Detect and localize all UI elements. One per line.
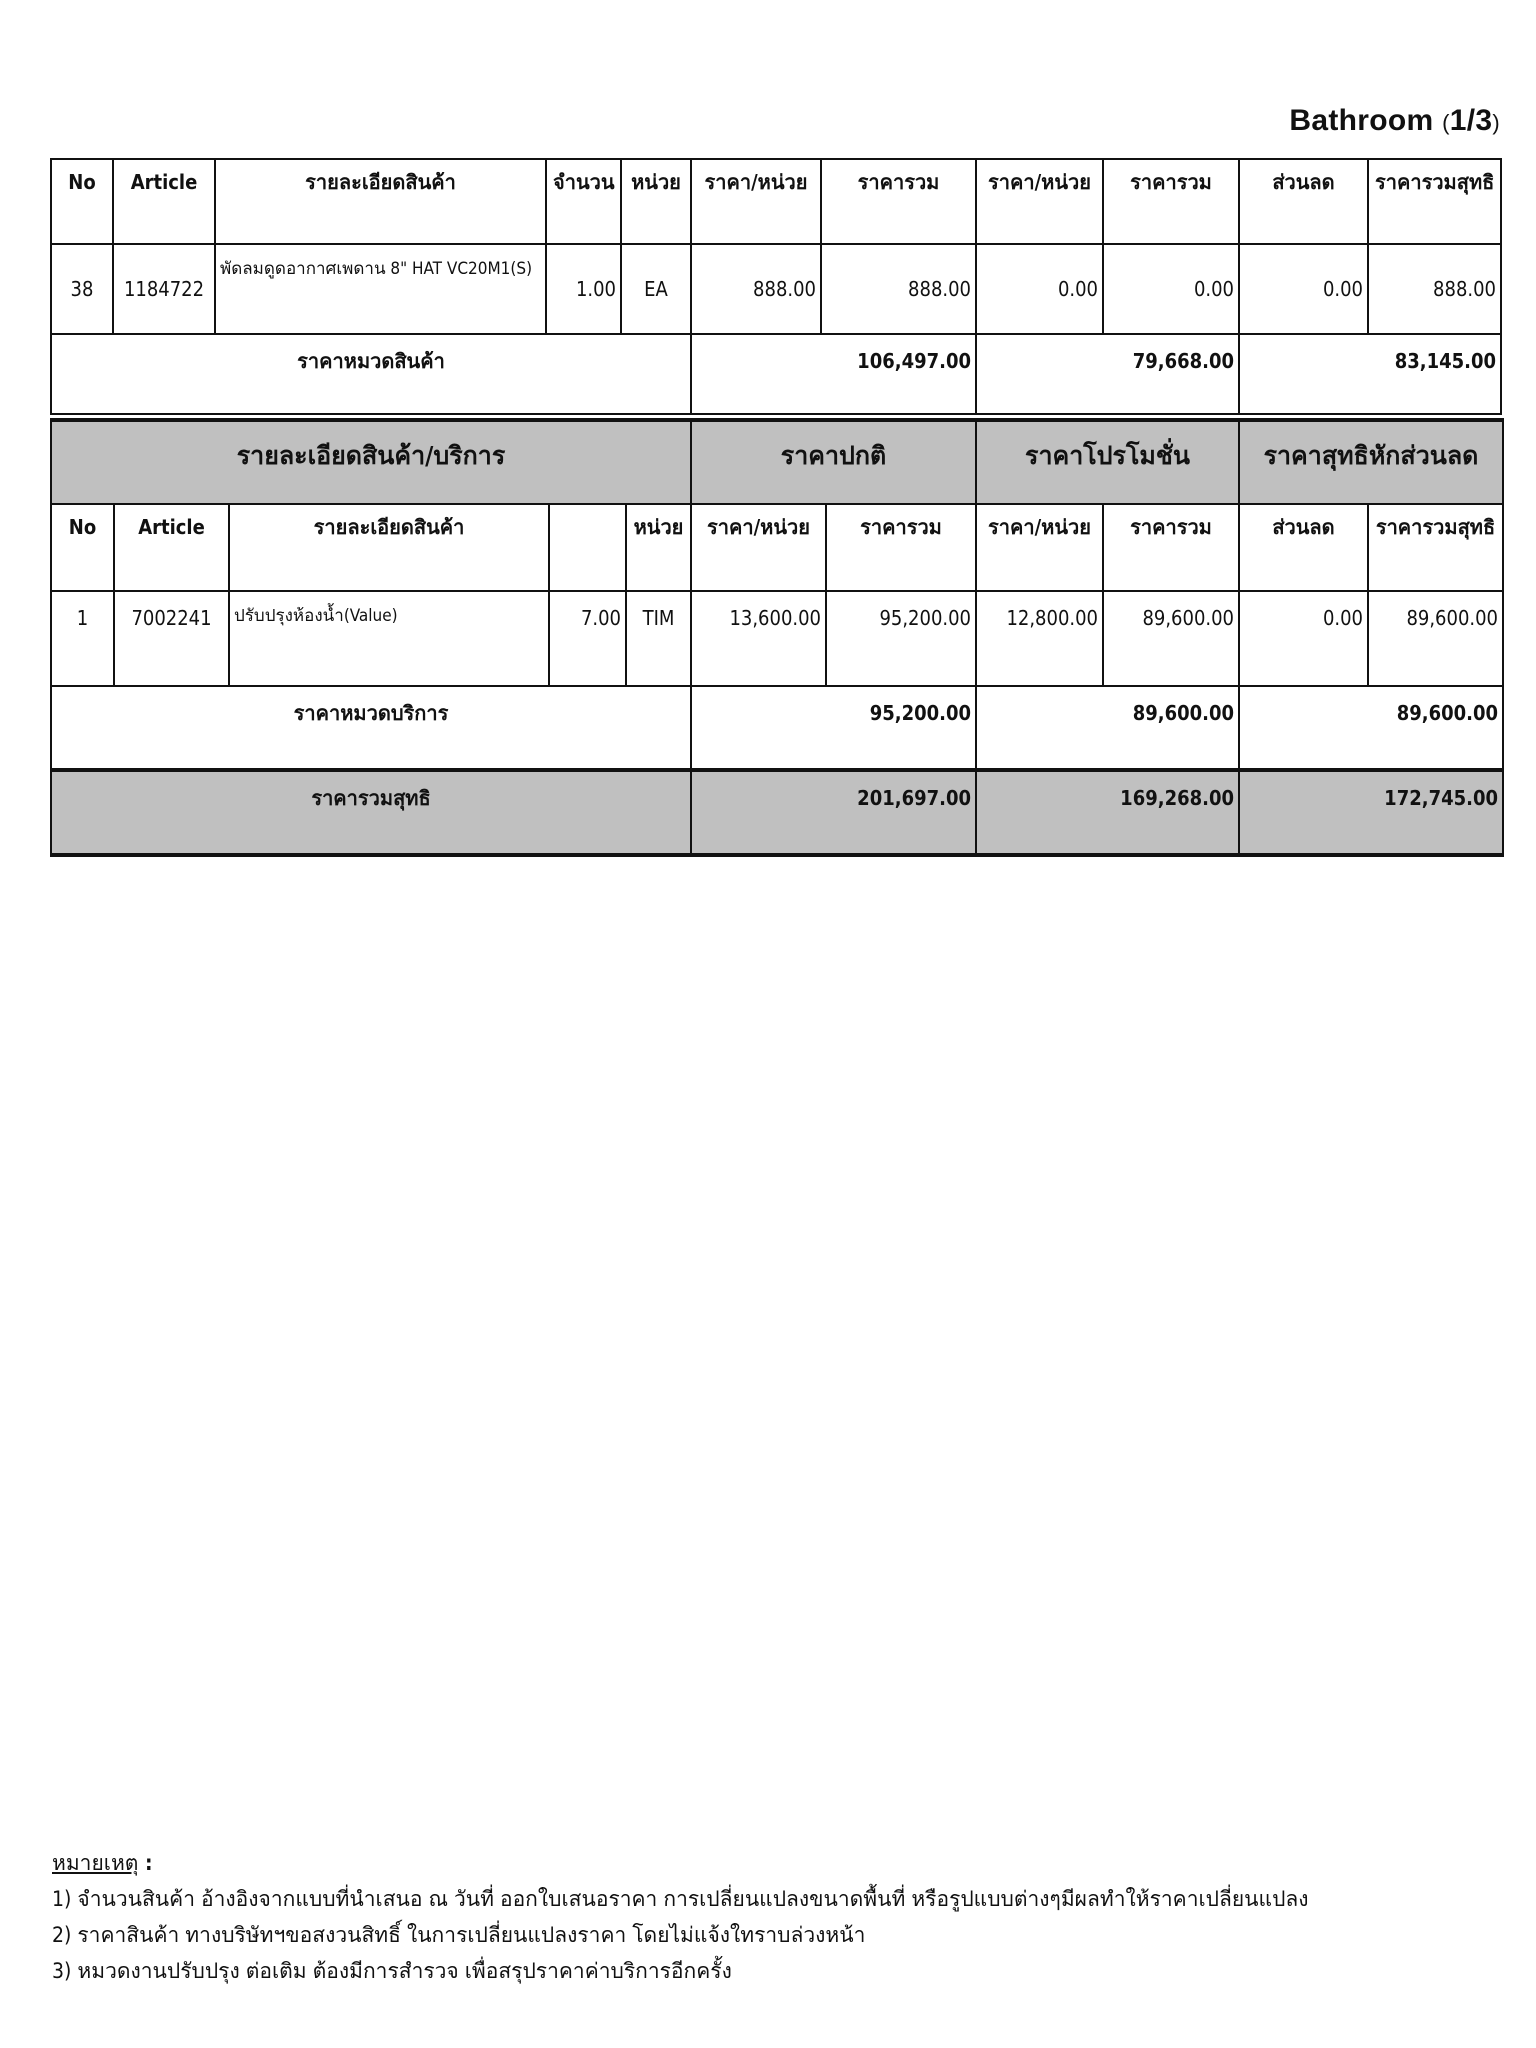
grand-total-label: ราคารวมสุทธิ	[50, 768, 692, 857]
column-header: ส่วนลด	[1238, 503, 1369, 592]
column-header: รายละเอียดสินค้า	[228, 503, 550, 592]
table-cell-unit: EA	[620, 243, 692, 335]
column-header: Article	[113, 503, 230, 592]
column-header: จำนวน	[545, 158, 622, 245]
note-item: 1) จำนวนสินค้า อ้างอิงจากแบบที่นำเสนอ ณ …	[52, 1881, 1309, 1917]
column-header: ส่วนลด	[1238, 158, 1369, 245]
service-subtotal-net: 89,600.00	[1238, 685, 1504, 770]
note-item: 2) ราคาสินค้า ทางบริษัทฯขอสงวนสิทธิ์ ในก…	[52, 1917, 1309, 1953]
service-subtotal-label: ราคาหมวดบริการ	[50, 685, 692, 770]
table-cell-description: พัดลมดูดอากาศเพดาน 8" HAT VC20M1(S)	[214, 243, 547, 335]
table-cell-no: 38	[50, 243, 114, 335]
group-header-net-price: ราคาสุทธิหักส่วนลด	[1238, 418, 1504, 505]
table-cell-article: 7002241	[113, 590, 230, 687]
table-cell-normal-total: 95,200.00	[825, 590, 977, 687]
column-header: ราคารวมสุทธิ	[1367, 503, 1504, 592]
table-cell-normal-unit-price: 888.00	[690, 243, 822, 335]
column-header: ราคารวม	[825, 503, 977, 592]
table-cell-promo-unit-price: 0.00	[975, 243, 1104, 335]
subtotal-promo: 79,668.00	[975, 333, 1240, 415]
column-header: ราคา/หน่วย	[975, 158, 1104, 245]
service-subtotal-promo: 89,600.00	[975, 685, 1240, 770]
column-header: รายละเอียดสินค้า	[214, 158, 547, 245]
table-cell-description: ปรับปรุงห้องน้ำ(Value)	[228, 590, 550, 687]
table-cell-article: 1184722	[112, 243, 216, 335]
section-title: Bathroom	[1289, 104, 1433, 137]
table-cell-net-total: 888.00	[1367, 243, 1502, 335]
column-header: No	[50, 158, 114, 245]
table-cell-discount: 0.00	[1238, 590, 1369, 687]
column-header: ราคารวม	[820, 158, 977, 245]
table-cell-promo-total: 0.00	[1102, 243, 1240, 335]
table-cell-qty: 7.00	[548, 590, 627, 687]
page-indicator: 1/3	[1450, 104, 1493, 137]
note-item: 3) หมวดงานปรับปรุง ต่อเติม ต้องมีการสำรว…	[52, 1953, 1309, 1989]
subtotal-normal: 106,497.00	[690, 333, 977, 415]
column-header: ราคารวมสุทธิ	[1367, 158, 1502, 245]
table-cell-net-total: 89,600.00	[1367, 590, 1504, 687]
column-header: ราคา/หน่วย	[690, 503, 827, 592]
notes-title: หมายเหตุ	[52, 1851, 138, 1875]
subtotal-label: ราคาหมวดสินค้า	[50, 333, 692, 415]
table-cell-qty: 1.00	[545, 243, 622, 335]
service-subtotal-normal: 95,200.00	[690, 685, 977, 770]
table-cell-normal-unit-price: 13,600.00	[690, 590, 827, 687]
column-header: Article	[112, 158, 216, 245]
table-cell-promo-unit-price: 12,800.00	[975, 590, 1104, 687]
group-header-details: รายละเอียดสินค้า/บริการ	[50, 418, 692, 505]
grand-total-net: 172,745.00	[1238, 768, 1504, 857]
table-cell-no: 1	[50, 590, 115, 687]
grand-total-promo: 169,268.00	[975, 768, 1240, 857]
table-cell-normal-total: 888.00	[820, 243, 977, 335]
column-header: ราคา/หน่วย	[975, 503, 1104, 592]
table-cell-discount: 0.00	[1238, 243, 1369, 335]
page-title: Bathroom (1/3)	[1289, 104, 1500, 138]
column-header: ราคา/หน่วย	[690, 158, 822, 245]
column-header: ราคารวม	[1102, 503, 1240, 592]
column-header: หน่วย	[620, 158, 692, 245]
table-cell-unit: TIM	[625, 590, 692, 687]
column-header	[548, 503, 627, 592]
column-header: ราคารวม	[1102, 158, 1240, 245]
table-cell-promo-total: 89,600.00	[1102, 590, 1240, 687]
notes-section: หมายเหตุ : 1) จำนวนสินค้า อ้างอิงจากแบบท…	[52, 1845, 1309, 1989]
subtotal-net: 83,145.00	[1238, 333, 1502, 415]
group-header-promo-price: ราคาโปรโมชั่น	[975, 418, 1240, 505]
grand-total-normal: 201,697.00	[690, 768, 977, 857]
group-header-normal-price: ราคาปกติ	[690, 418, 977, 505]
column-header: No	[50, 503, 115, 592]
column-header: หน่วย	[625, 503, 692, 592]
